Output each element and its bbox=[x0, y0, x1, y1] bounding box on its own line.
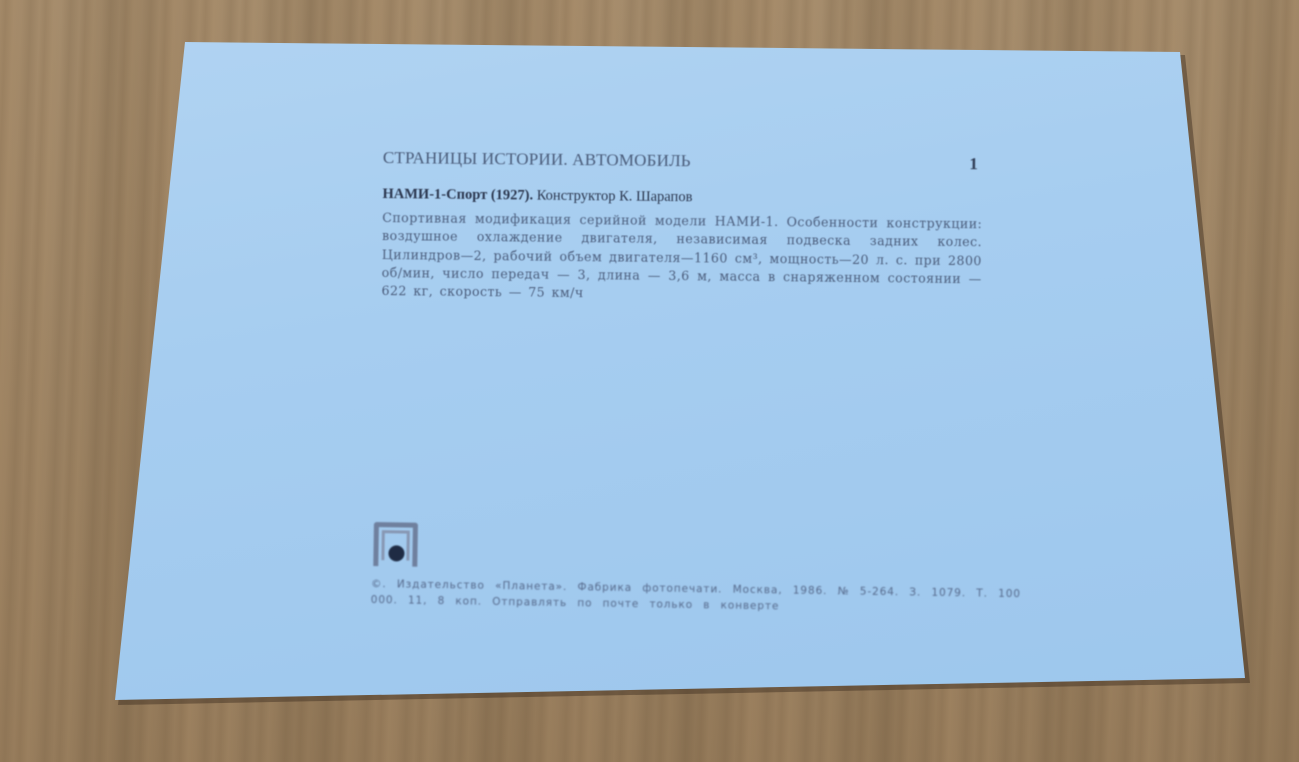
planeta-logo-icon bbox=[371, 520, 424, 569]
car-description: Спортивная модификация серийной модели Н… bbox=[381, 209, 982, 307]
designer-name: Конструктор К. Шарапов bbox=[533, 188, 692, 206]
postcard-text-block: СТРАНИЦЫ ИСТОРИИ. АВТОМОБИЛЬ 1 НАМИ-1-Сп… bbox=[381, 148, 993, 307]
card-number: 1 bbox=[969, 154, 978, 174]
car-heading: НАМИ-1-Спорт (1927). Конструктор К. Шара… bbox=[382, 186, 992, 209]
car-model-name: НАМИ-1-Спорт (1927). bbox=[382, 186, 533, 204]
publisher-footer: ©. Издательство «Планета». Фабрика фотоп… bbox=[371, 520, 1032, 618]
series-title: СТРАНИЦЫ ИСТОРИИ. АВТОМОБИЛЬ bbox=[383, 148, 691, 171]
postcard bbox=[0, 0, 1299, 762]
